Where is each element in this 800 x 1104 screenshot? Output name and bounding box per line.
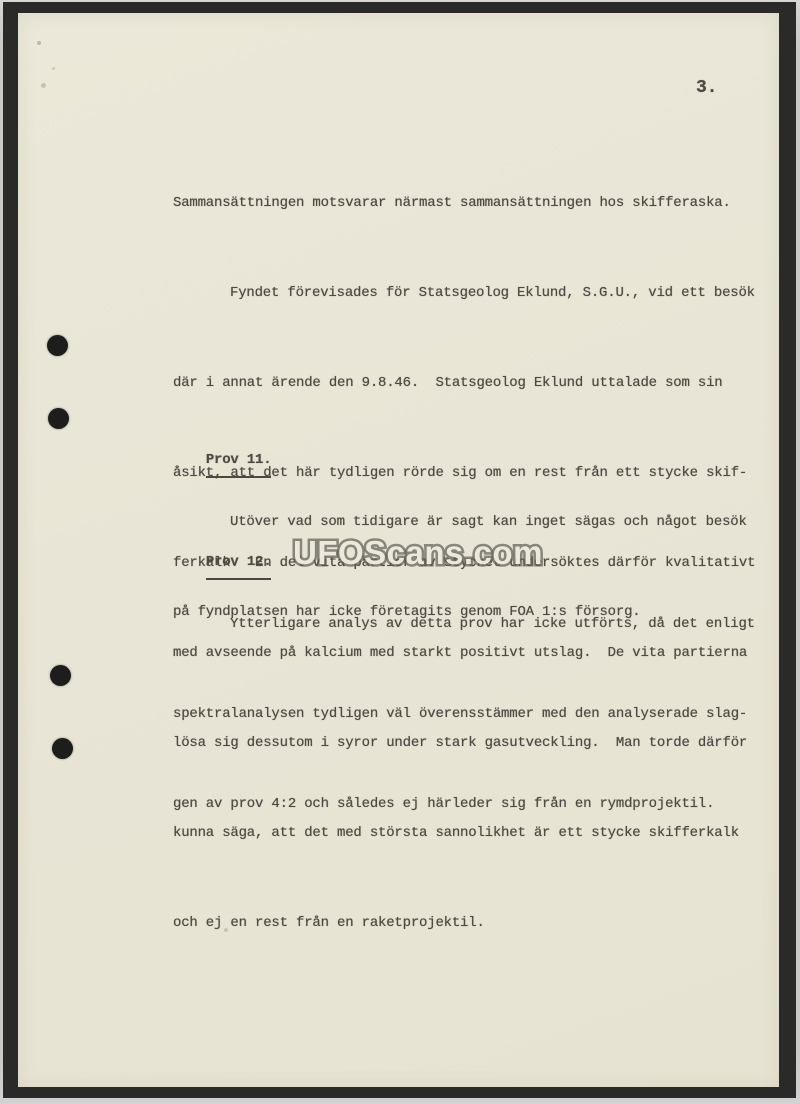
dust-speck	[37, 41, 41, 45]
dust-speck	[52, 67, 55, 70]
punch-hole	[50, 665, 71, 686]
punch-hole	[48, 408, 69, 429]
watermark-text: UFOScans.com	[293, 531, 543, 575]
text-line: gen av prov 4:2 och således ej härleder …	[173, 789, 755, 819]
punch-hole	[47, 335, 68, 356]
page-number: 3.	[696, 78, 717, 98]
scanned-document-page: 3. Sammansättningen motsvarar närmast sa…	[0, 0, 800, 1104]
watermark: UFOScans.com UFOScans.com	[293, 531, 543, 575]
dust-speck	[41, 83, 46, 88]
text-line: Sammansättningen motsvarar närmast samma…	[173, 188, 755, 218]
text-line: spektralanalysen tydligen väl överensstä…	[173, 699, 755, 729]
text-line: Ytterligare analys av detta prov har ick…	[173, 609, 755, 639]
text-line: Fyndet förevisades för Statsgeolog Eklun…	[173, 278, 755, 308]
punch-hole	[52, 738, 73, 759]
text-line: och ej en rest från en raketprojektil.	[173, 908, 755, 938]
paragraph-prov-12: Ytterligare analys av detta prov har ick…	[173, 549, 755, 879]
text-line: där i annat ärende den 9.8.46. Statsgeol…	[173, 368, 755, 398]
